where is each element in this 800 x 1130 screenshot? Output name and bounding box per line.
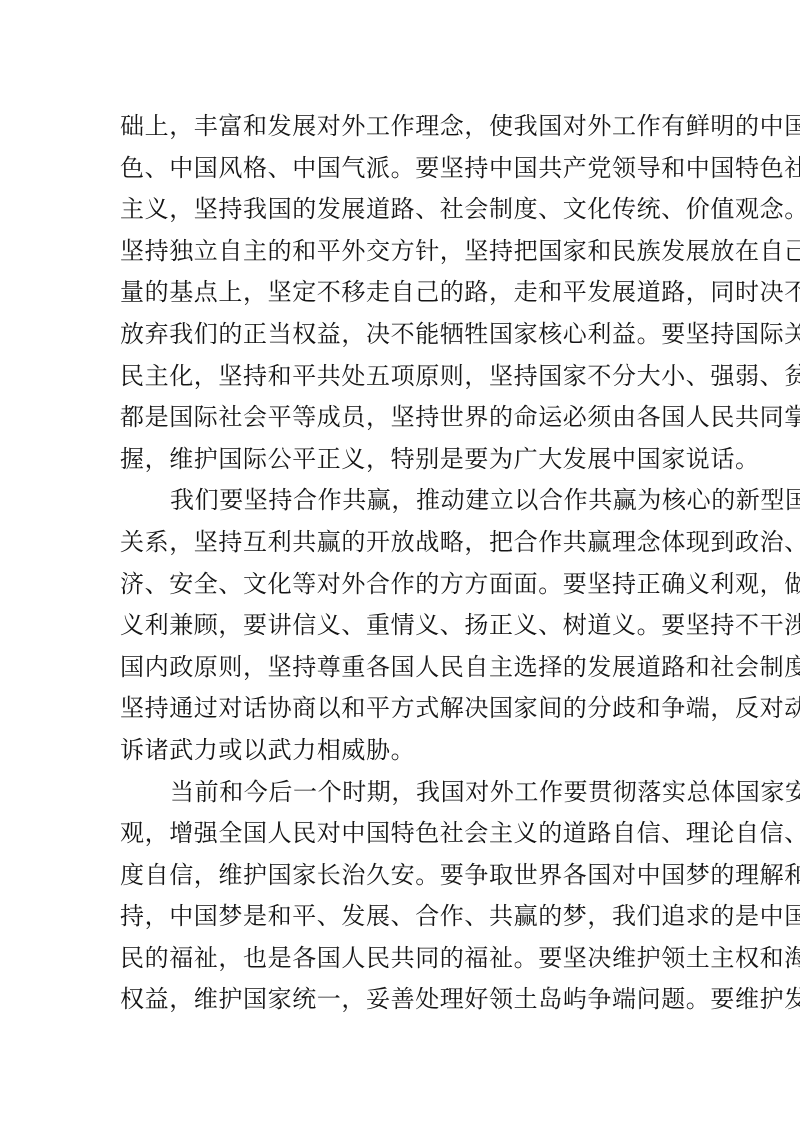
text-line: 国内政原则，坚持尊重各国人民自主选择的发展道路和社会制度， (120, 647, 680, 689)
text-line: 坚持独立自主的和平外交方针，坚持把国家和民族发展放在自己力 (120, 231, 680, 273)
paragraph-start-line: 当前和今后一个时期，我国对外工作要贯彻落实总体国家安全 (120, 772, 680, 814)
document-body: 础上，丰富和发展对外工作理念，使我国对外工作有鲜明的中国特 色、中国风格、中国气… (120, 106, 680, 1021)
text-line: 观，增强全国人民对中国特色社会主义的道路自信、理论自信、制 (120, 813, 680, 855)
text-line: 诉诸武力或以武力相威胁。 (120, 730, 680, 772)
text-line: 民的福祉，也是各国人民共同的福祉。要坚决维护领土主权和海洋 (120, 938, 680, 980)
text-line: 关系，坚持互利共赢的开放战略，把合作共赢理念体现到政治、经 (120, 522, 680, 564)
text-line: 色、中国风格、中国气派。要坚持中国共产党领导和中国特色社会 (120, 148, 680, 190)
text-line: 都是国际社会平等成员，坚持世界的命运必须由各国人民共同掌 (120, 397, 680, 439)
text-line: 持，中国梦是和平、发展、合作、共赢的梦，我们追求的是中国人 (120, 896, 680, 938)
text-line: 义利兼顾，要讲信义、重情义、扬正义、树道义。要坚持不干涉别 (120, 605, 680, 647)
text-line: 度自信，维护国家长治久安。要争取世界各国对中国梦的理解和支 (120, 855, 680, 897)
paragraph-start-line: 我们要坚持合作共赢，推动建立以合作共赢为核心的新型国际 (120, 480, 680, 522)
text-line: 权益，维护国家统一，妥善处理好领土岛屿争端问题。要维护发展 (120, 979, 680, 1021)
text-line: 量的基点上，坚定不移走自己的路，走和平发展道路，同时决不能 (120, 272, 680, 314)
text-line: 础上，丰富和发展对外工作理念，使我国对外工作有鲜明的中国特 (120, 106, 680, 148)
text-line: 放弃我们的正当权益，决不能牺牲国家核心利益。要坚持国际关系 (120, 314, 680, 356)
text-line: 济、安全、文化等对外合作的方方面面。要坚持正确义利观，做到 (120, 564, 680, 606)
document-page: 础上，丰富和发展对外工作理念，使我国对外工作有鲜明的中国特 色、中国风格、中国气… (0, 0, 800, 1130)
text-line: 握，维护国际公平正义，特别是要为广大发展中国家说话。 (120, 439, 680, 481)
text-line: 主义，坚持我国的发展道路、社会制度、文化传统、价值观念。要 (120, 189, 680, 231)
text-line: 坚持通过对话协商以和平方式解决国家间的分歧和争端，反对动辄 (120, 688, 680, 730)
text-line: 民主化，坚持和平共处五项原则，坚持国家不分大小、强弱、贫富 (120, 356, 680, 398)
